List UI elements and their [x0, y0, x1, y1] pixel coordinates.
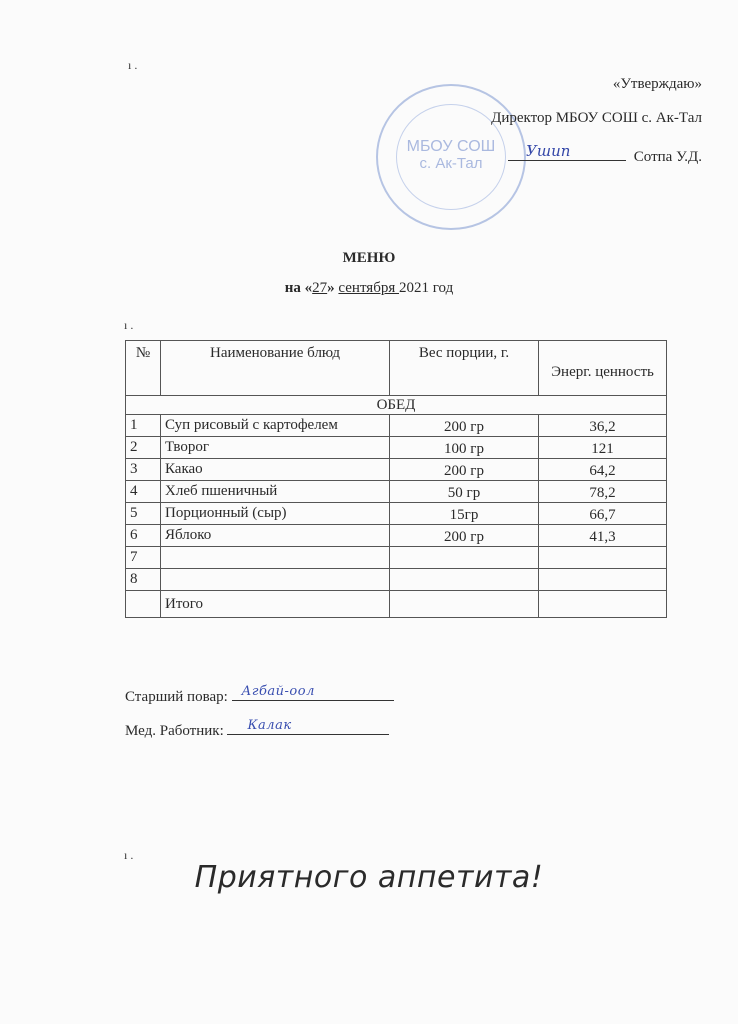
row-number: 4: [126, 481, 161, 503]
table-row: 4Хлеб пшеничный50 гр78,2: [126, 481, 667, 503]
dish-name: Суп рисовый с картофелем: [161, 415, 390, 437]
footer-wish: Приятного аппетита!: [0, 860, 738, 895]
total-row: Итого: [126, 591, 667, 618]
date-mid: »: [327, 280, 338, 296]
medic-signature-hand: Калак: [247, 718, 291, 733]
dish-name: Порционный (сыр): [161, 503, 390, 525]
scan-mark: ı .: [128, 58, 137, 73]
table-row: 6Яблоко200 гр41,3: [126, 525, 667, 547]
director-signature: Ушип: [526, 142, 570, 160]
director-position: Директор МБОУ СОШ с. Ак-Тал: [491, 110, 702, 127]
table-header-row: № Наименование блюд Вес порции, г. Энерг…: [126, 341, 667, 396]
cook-label: Старший повар:: [125, 689, 228, 705]
dish-weight: 200 гр: [390, 415, 539, 437]
dish-name: Яблоко: [161, 525, 390, 547]
approve-label: «Утверждаю»: [613, 76, 702, 93]
menu-table: № Наименование блюд Вес порции, г. Энерг…: [125, 340, 667, 618]
date-prefix: на «: [285, 280, 312, 296]
stamp-line2: с. Ак-Тал: [378, 155, 524, 172]
dish-weight: [390, 547, 539, 569]
row-number: 8: [126, 569, 161, 591]
total-label: Итого: [161, 591, 390, 618]
medic-signature-line: Калак: [227, 718, 389, 735]
cook-signature-line: Агбай-оол: [232, 684, 394, 701]
page-title: МЕНЮ: [0, 250, 738, 267]
director-name: Сотпа У.Д.: [634, 149, 702, 165]
table-row: 1Суп рисовый с картофелем200 гр36,2: [126, 415, 667, 437]
director-signature-line: Ушип Сотпа У.Д.: [508, 146, 702, 166]
row-number: 7: [126, 547, 161, 569]
section-lunch: ОБЕД: [126, 396, 667, 415]
date-month: сентября: [338, 280, 399, 296]
cook-signature-hand: Агбай-оол: [242, 684, 315, 699]
dish-energy: 78,2: [539, 481, 667, 503]
table-row: 7: [126, 547, 667, 569]
dish-energy: 121: [539, 437, 667, 459]
dish-weight: 50 гр: [390, 481, 539, 503]
col-energy: Энерг. ценность: [539, 341, 667, 396]
table-row: 5Порционный (сыр)15гр66,7: [126, 503, 667, 525]
dish-energy: 64,2: [539, 459, 667, 481]
dish-weight: [390, 569, 539, 591]
cook-signature: Старший повар: Агбай-оол: [125, 684, 394, 706]
col-weight: Вес порции, г.: [390, 341, 539, 396]
dish-name: Хлеб пшеничный: [161, 481, 390, 503]
total-number: [126, 591, 161, 618]
table-row: 3Какао200 гр64,2: [126, 459, 667, 481]
dish-weight: 200 гр: [390, 459, 539, 481]
col-dish-name: Наименование блюд: [161, 341, 390, 396]
total-energy: [539, 591, 667, 618]
dish-weight: 100 гр: [390, 437, 539, 459]
dish-energy: 41,3: [539, 525, 667, 547]
row-number: 1: [126, 415, 161, 437]
date-day: 27: [312, 280, 327, 296]
dish-energy: [539, 569, 667, 591]
dish-name: [161, 547, 390, 569]
table-row: 2Творог100 гр121: [126, 437, 667, 459]
dish-weight: 200 гр: [390, 525, 539, 547]
dish-name: [161, 569, 390, 591]
dish-energy: 66,7: [539, 503, 667, 525]
section-row: ОБЕД: [126, 396, 667, 415]
menu-date: на «27» сентября 2021 год: [0, 280, 738, 297]
official-stamp: МБОУ СОШ с. Ак-Тал: [376, 84, 526, 230]
date-year: 2021 год: [399, 280, 453, 296]
row-number: 5: [126, 503, 161, 525]
stamp-line1: МБОУ СОШ: [378, 138, 524, 155]
medic-label: Мед. Работник:: [125, 723, 224, 739]
row-number: 3: [126, 459, 161, 481]
dish-energy: [539, 547, 667, 569]
table-row: 8: [126, 569, 667, 591]
dish-weight: 15гр: [390, 503, 539, 525]
signature-line: Ушип: [508, 146, 626, 161]
col-number: №: [126, 341, 161, 396]
row-number: 2: [126, 437, 161, 459]
dish-energy: 36,2: [539, 415, 667, 437]
dish-name: Творог: [161, 437, 390, 459]
dish-name: Какао: [161, 459, 390, 481]
scan-mark: ı .: [124, 318, 133, 333]
row-number: 6: [126, 525, 161, 547]
total-weight: [390, 591, 539, 618]
medic-signature: Мед. Работник: Калак: [125, 718, 389, 740]
